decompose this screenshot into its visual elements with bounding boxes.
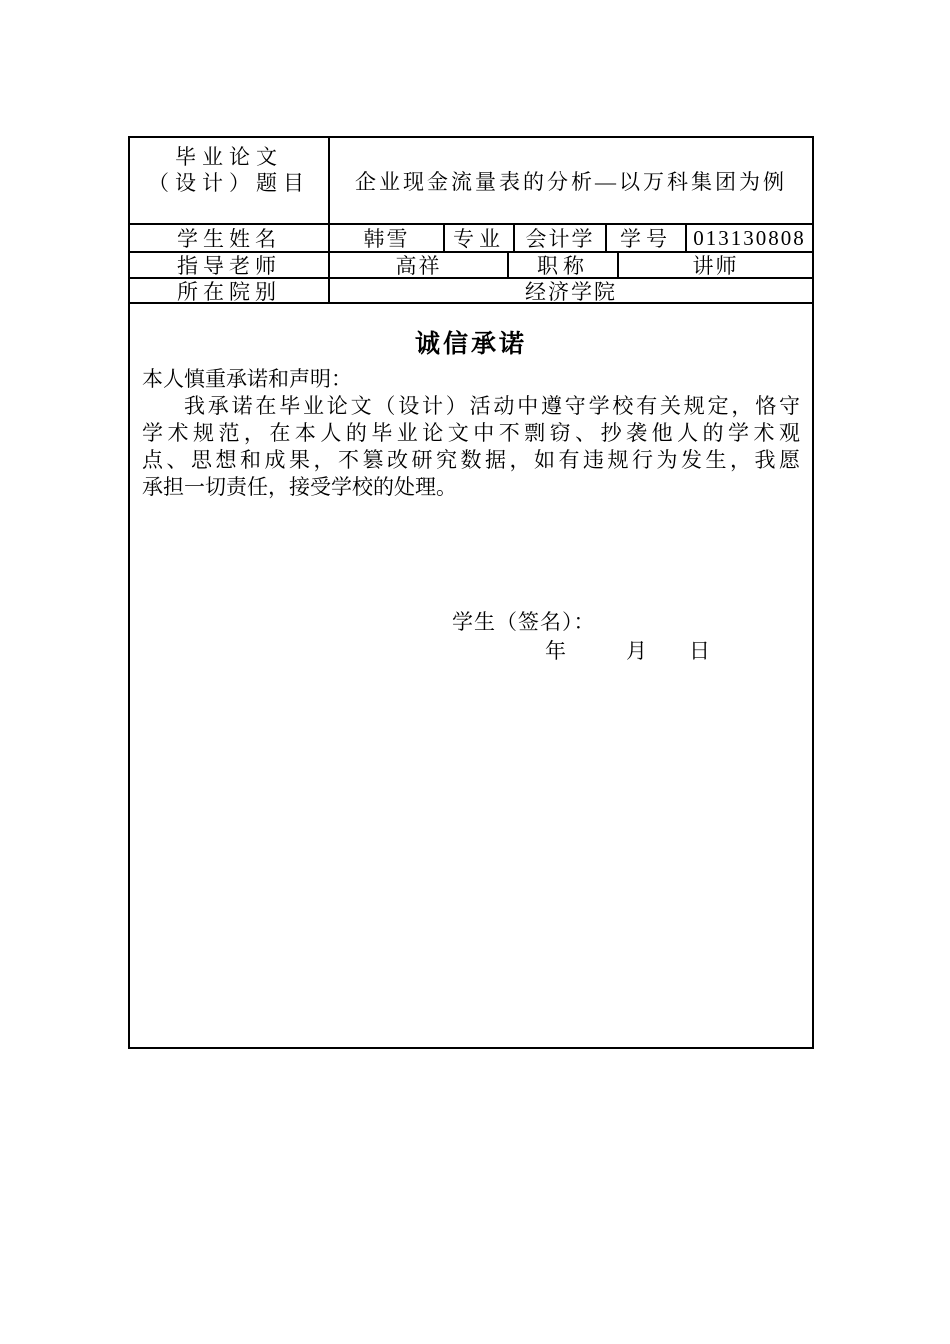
student-id-value: 013130808 (687, 225, 812, 251)
student-name-value: 韩雪 (330, 225, 445, 251)
month-label: 月 (626, 639, 647, 663)
pledge-declaration: 本人慎重承诺和声明： (142, 366, 800, 393)
student-signature-label: 学生（签名）： (142, 609, 800, 636)
day-label: 日 (689, 639, 710, 663)
professional-title-value: 讲师 (619, 253, 812, 277)
thesis-title-value: 企业现金流量表的分析—以万科集团为例 (330, 138, 812, 223)
pledge-body-line-4: 承担一切责任，接受学校的处理。 (142, 474, 800, 501)
integrity-pledge-section: 诚信承诺 本人慎重承诺和声明： 我承诺在毕业论文（设计）活动中遵守学校有关规定，… (130, 304, 812, 1047)
thesis-title-row: 毕业论文 （设计）题目 企业现金流量表的分析—以万科集团为例 (130, 138, 812, 225)
advisor-name-value: 高祥 (330, 253, 509, 277)
pledge-body-line-2: 学术规范，在本人的毕业论文中不剽窃、抄袭他人的学术观 (142, 420, 800, 447)
document-page: 毕业论文 （设计）题目 企业现金流量表的分析—以万科集团为例 学生姓名 韩雪 专… (0, 0, 950, 1344)
student-id-label: 学号 (607, 225, 687, 251)
thesis-title-label-line1: 毕业论文 (175, 144, 283, 170)
department-label: 所在院别 (130, 279, 330, 302)
major-value: 会计学 (515, 225, 607, 251)
year-label: 年 (545, 639, 566, 663)
department-row: 所在院别 经济学院 (130, 279, 812, 304)
student-row: 学生姓名 韩雪 专业 会计学 学号 013130808 (130, 225, 812, 253)
advisor-label: 指导老师 (130, 253, 330, 277)
professional-title-label: 职称 (509, 253, 619, 277)
advisor-row: 指导老师 高祥 职称 讲师 (130, 253, 812, 279)
major-label: 专业 (445, 225, 515, 251)
thesis-title-label-cell: 毕业论文 （设计）题目 (130, 138, 330, 223)
pledge-body-line-1: 我承诺在毕业论文（设计）活动中遵守学校有关规定，恪守 (142, 393, 800, 420)
pledge-title: 诚信承诺 (142, 330, 800, 360)
pledge-body-line-3: 点、思想和成果，不篡改研究数据，如有违规行为发生，我愿 (142, 447, 800, 474)
student-name-label: 学生姓名 (130, 225, 330, 251)
thesis-title-label-line2: （设计）题目 (148, 170, 310, 196)
thesis-info-table: 毕业论文 （设计）题目 企业现金流量表的分析—以万科集团为例 学生姓名 韩雪 专… (128, 136, 814, 1049)
signature-date-line: 年月日 (142, 638, 800, 665)
department-value: 经济学院 (330, 279, 812, 302)
